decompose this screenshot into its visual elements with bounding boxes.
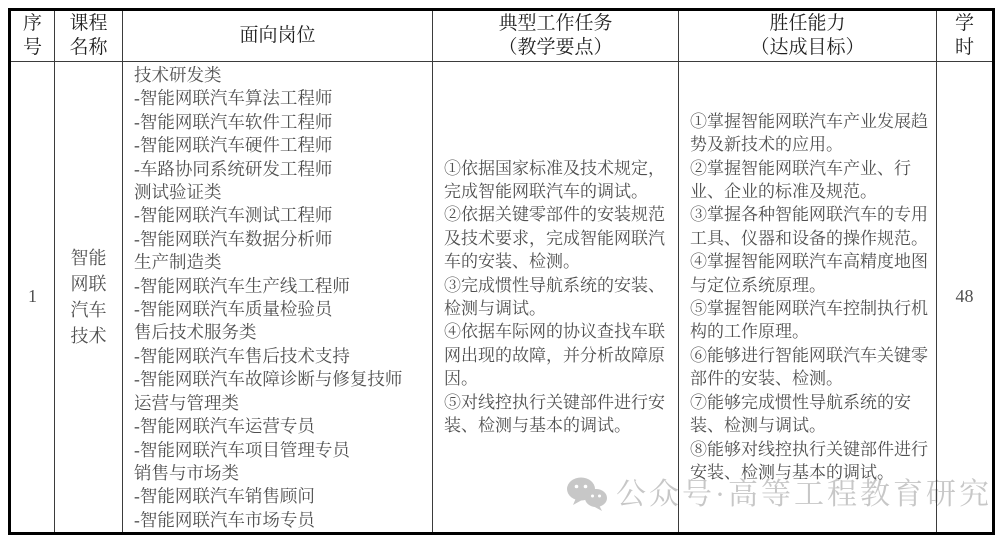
header-hours: 学时 [937,10,994,62]
document-page: 公众号·高等工程教育研究 序号 课程名称 面向岗位 典型工作任务（教学要点） 胜… [0,0,1000,536]
course-table: 序号 课程名称 面向岗位 典型工作任务（教学要点） 胜任能力（达成目标） 学时 … [8,8,995,535]
header-competency: 胜任能力（达成目标） [679,10,937,62]
cell-hours: 48 [937,62,994,534]
cell-course-name: 智能网联汽车技术 [55,62,123,534]
cell-index: 1 [10,62,55,534]
cell-competency: ①掌握智能网联汽车产业发展趋势及新技术的应用。②掌握智能网联汽车产业、行业、企业… [679,62,937,534]
header-typical-tasks: 典型工作任务（教学要点） [433,10,679,62]
table-row: 1 智能网联汽车技术 技术研发类-智能网联汽车算法工程师-智能网联汽车软件工程师… [10,62,994,534]
cell-positions: 技术研发类-智能网联汽车算法工程师-智能网联汽车软件工程师-智能网联汽车硬件工程… [123,62,433,534]
header-positions: 面向岗位 [123,10,433,62]
header-row: 序号 课程名称 面向岗位 典型工作任务（教学要点） 胜任能力（达成目标） 学时 [10,10,994,62]
cell-typical-tasks: ①依据国家标准及技术规定，完成智能网联汽车的调试。②依据关键零部件的安装规范及技… [433,62,679,534]
header-index: 序号 [10,10,55,62]
header-course-name: 课程名称 [55,10,123,62]
